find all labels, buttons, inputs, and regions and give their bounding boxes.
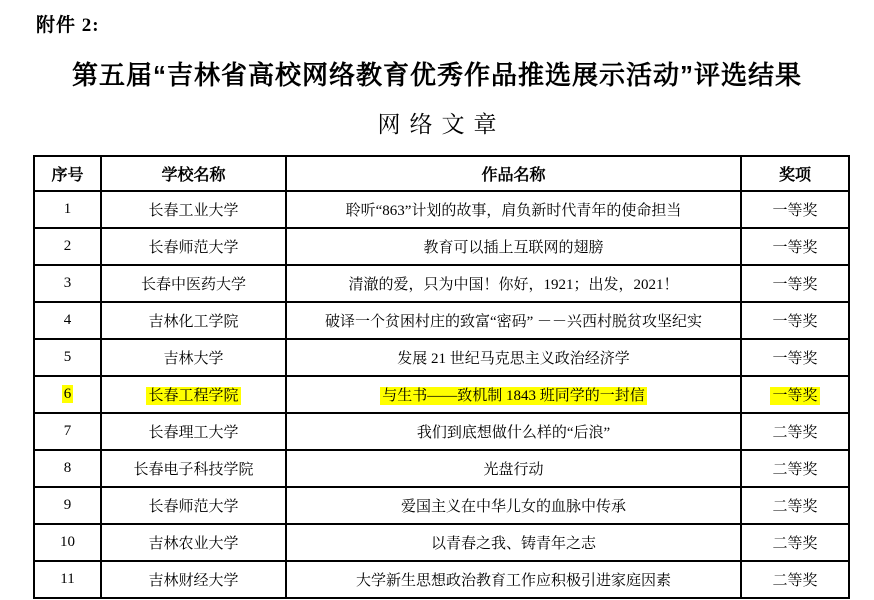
- cell-school: 长春工业大学: [101, 191, 286, 228]
- cell-no: 10: [34, 524, 101, 561]
- award-level: 二等奖: [770, 572, 819, 590]
- work-title: 光盘行动: [481, 461, 545, 479]
- cell-no: 9: [34, 487, 101, 524]
- cell-award: 一等奖: [741, 265, 849, 302]
- work-title: 以青春之我、铸青年之志: [429, 535, 598, 553]
- award-level: 一等奖: [770, 387, 819, 405]
- award-level: 一等奖: [770, 239, 819, 257]
- cell-school: 吉林农业大学: [101, 524, 286, 561]
- page-title: 第五届“吉林省高校网络教育优秀作品推选展示活动”评选结果: [0, 55, 874, 92]
- cell-no: 7: [34, 413, 101, 450]
- attachment-label: 附件 2:: [36, 10, 874, 37]
- work-title: 爱国主义在中华儿女的血脉中传承: [399, 498, 628, 516]
- school-name: 吉林农业大学: [146, 535, 240, 553]
- school-name: 吉林化工学院: [146, 313, 240, 331]
- award-level: 二等奖: [770, 535, 819, 553]
- table-row: 5 吉林大学 发展 21 世纪马克思主义政治经济学 一等奖: [34, 339, 849, 376]
- cell-no: 5: [34, 339, 101, 376]
- col-header-school: 学校名称: [101, 156, 286, 191]
- school-name: 长春理工大学: [146, 424, 240, 442]
- award-level: 一等奖: [770, 276, 819, 294]
- school-name: 长春电子科技学院: [131, 461, 255, 479]
- col-header-work: 作品名称: [286, 156, 741, 191]
- work-title: 教育可以插上互联网的翅膀: [421, 239, 605, 257]
- row-number: 6: [62, 385, 74, 403]
- work-title: 聆听“863”计划的故事，肩负新时代青年的使命担当: [344, 202, 684, 220]
- cell-no: 8: [34, 450, 101, 487]
- cell-award: 一等奖: [741, 191, 849, 228]
- row-number: 8: [62, 459, 74, 477]
- award-level: 二等奖: [770, 424, 819, 442]
- award-level: 一等奖: [770, 350, 819, 368]
- results-table: 序号 学校名称 作品名称 奖项 1 长春工业大学 聆听“863”计划的故事，肩负…: [33, 155, 850, 599]
- cell-award: 二等奖: [741, 487, 849, 524]
- cell-work: 我们到底想做什么样的“后浪”: [286, 413, 741, 450]
- table-row: 3 长春中医药大学 清澈的爱，只为中国！你好，1921；出发，2021！ 一等奖: [34, 265, 849, 302]
- school-name: 长春师范大学: [146, 239, 240, 257]
- work-title: 大学新生思想政治教育工作应积极引进家庭因素: [354, 572, 673, 590]
- cell-work: 爱国主义在中华儿女的血脉中传承: [286, 487, 741, 524]
- cell-school: 长春中医药大学: [101, 265, 286, 302]
- cell-award: 一等奖: [741, 339, 849, 376]
- cell-award: 二等奖: [741, 524, 849, 561]
- cell-work: 聆听“863”计划的故事，肩负新时代青年的使命担当: [286, 191, 741, 228]
- document-page: { "page": { "attachment_label": "附件 2:",…: [0, 0, 874, 600]
- cell-school: 长春师范大学: [101, 487, 286, 524]
- cell-school: 长春工程学院: [101, 376, 286, 413]
- cell-school: 吉林化工学院: [101, 302, 286, 339]
- school-name: 吉林大学: [161, 350, 225, 368]
- cell-award: 二等奖: [741, 450, 849, 487]
- work-title: 与生书——致机制 1843 班同学的一封信: [380, 387, 647, 405]
- col-header-award: 奖项: [741, 156, 849, 191]
- school-name: 长春师范大学: [146, 498, 240, 516]
- table-row: 1 长春工业大学 聆听“863”计划的故事，肩负新时代青年的使命担当 一等奖: [34, 191, 849, 228]
- table-row: 11 吉林财经大学 大学新生思想政治教育工作应积极引进家庭因素 二等奖: [34, 561, 849, 598]
- table-row: 8 长春电子科技学院 光盘行动 二等奖: [34, 450, 849, 487]
- cell-no: 11: [34, 561, 101, 598]
- row-number: 3: [62, 274, 74, 292]
- cell-work: 发展 21 世纪马克思主义政治经济学: [286, 339, 741, 376]
- award-level: 二等奖: [770, 461, 819, 479]
- row-number: 5: [62, 348, 74, 366]
- table-row: 9 长春师范大学 爱国主义在中华儿女的血脉中传承 二等奖: [34, 487, 849, 524]
- cell-work: 以青春之我、铸青年之志: [286, 524, 741, 561]
- row-number: 9: [62, 496, 74, 514]
- row-number: 1: [62, 200, 74, 218]
- cell-work: 教育可以插上互联网的翅膀: [286, 228, 741, 265]
- award-level: 一等奖: [770, 313, 819, 331]
- table-row: 4 吉林化工学院 破译一个贫困村庄的致富“密码” －－兴西村脱贫攻坚纪实 一等奖: [34, 302, 849, 339]
- cell-school: 长春理工大学: [101, 413, 286, 450]
- school-name: 吉林财经大学: [146, 572, 240, 590]
- work-title: 清澈的爱，只为中国！你好，1921；出发，2021！: [346, 276, 680, 294]
- award-level: 二等奖: [770, 498, 819, 516]
- work-title: 我们到底想做什么样的“后浪”: [415, 424, 612, 442]
- school-name: 长春中医药大学: [139, 276, 248, 294]
- cell-school: 吉林大学: [101, 339, 286, 376]
- cell-no: 1: [34, 191, 101, 228]
- work-title: 发展 21 世纪马克思主义政治经济学: [395, 350, 632, 368]
- work-title: 破译一个贫困村庄的致富“密码” －－兴西村脱贫攻坚纪实: [323, 313, 704, 331]
- table-row: 6 长春工程学院 与生书——致机制 1843 班同学的一封信 一等奖: [34, 376, 849, 413]
- table-row: 2 长春师范大学 教育可以插上互联网的翅膀 一等奖: [34, 228, 849, 265]
- row-number: 11: [58, 570, 76, 588]
- row-number: 10: [58, 533, 77, 551]
- row-number: 4: [62, 311, 74, 329]
- row-number: 7: [62, 422, 74, 440]
- cell-work: 清澈的爱，只为中国！你好，1921；出发，2021！: [286, 265, 741, 302]
- col-header-no: 序号: [34, 156, 101, 191]
- award-level: 一等奖: [770, 202, 819, 220]
- cell-award: 一等奖: [741, 376, 849, 413]
- page-subtitle: 网络文章: [0, 106, 874, 139]
- row-number: 2: [62, 237, 74, 255]
- cell-school: 长春师范大学: [101, 228, 286, 265]
- cell-no: 6: [34, 376, 101, 413]
- cell-award: 一等奖: [741, 228, 849, 265]
- cell-work: 光盘行动: [286, 450, 741, 487]
- cell-award: 二等奖: [741, 413, 849, 450]
- cell-school: 吉林财经大学: [101, 561, 286, 598]
- school-name: 长春工业大学: [146, 202, 240, 220]
- cell-work: 破译一个贫困村庄的致富“密码” －－兴西村脱贫攻坚纪实: [286, 302, 741, 339]
- table-row: 7 长春理工大学 我们到底想做什么样的“后浪” 二等奖: [34, 413, 849, 450]
- table-row: 10 吉林农业大学 以青春之我、铸青年之志 二等奖: [34, 524, 849, 561]
- cell-work: 与生书——致机制 1843 班同学的一封信: [286, 376, 741, 413]
- school-name: 长春工程学院: [146, 387, 240, 405]
- cell-work: 大学新生思想政治教育工作应积极引进家庭因素: [286, 561, 741, 598]
- cell-no: 2: [34, 228, 101, 265]
- cell-award: 一等奖: [741, 302, 849, 339]
- table-header-row: 序号 学校名称 作品名称 奖项: [34, 156, 849, 191]
- cell-award: 二等奖: [741, 561, 849, 598]
- cell-school: 长春电子科技学院: [101, 450, 286, 487]
- cell-no: 3: [34, 265, 101, 302]
- cell-no: 4: [34, 302, 101, 339]
